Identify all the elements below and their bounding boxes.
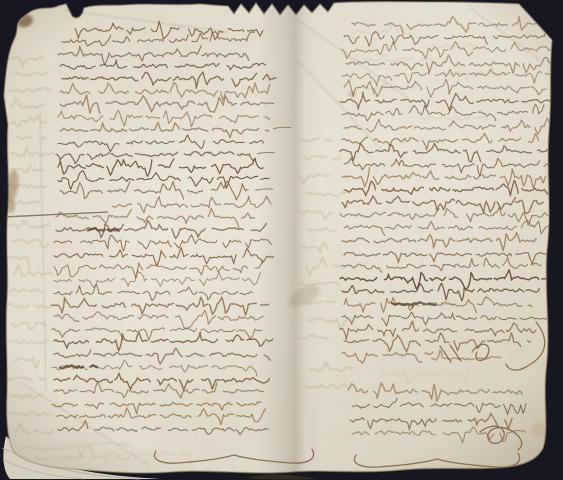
manuscript-scan: [0, 0, 563, 480]
paper-texture: [0, 0, 563, 480]
manuscript-scan-image: [0, 0, 563, 480]
